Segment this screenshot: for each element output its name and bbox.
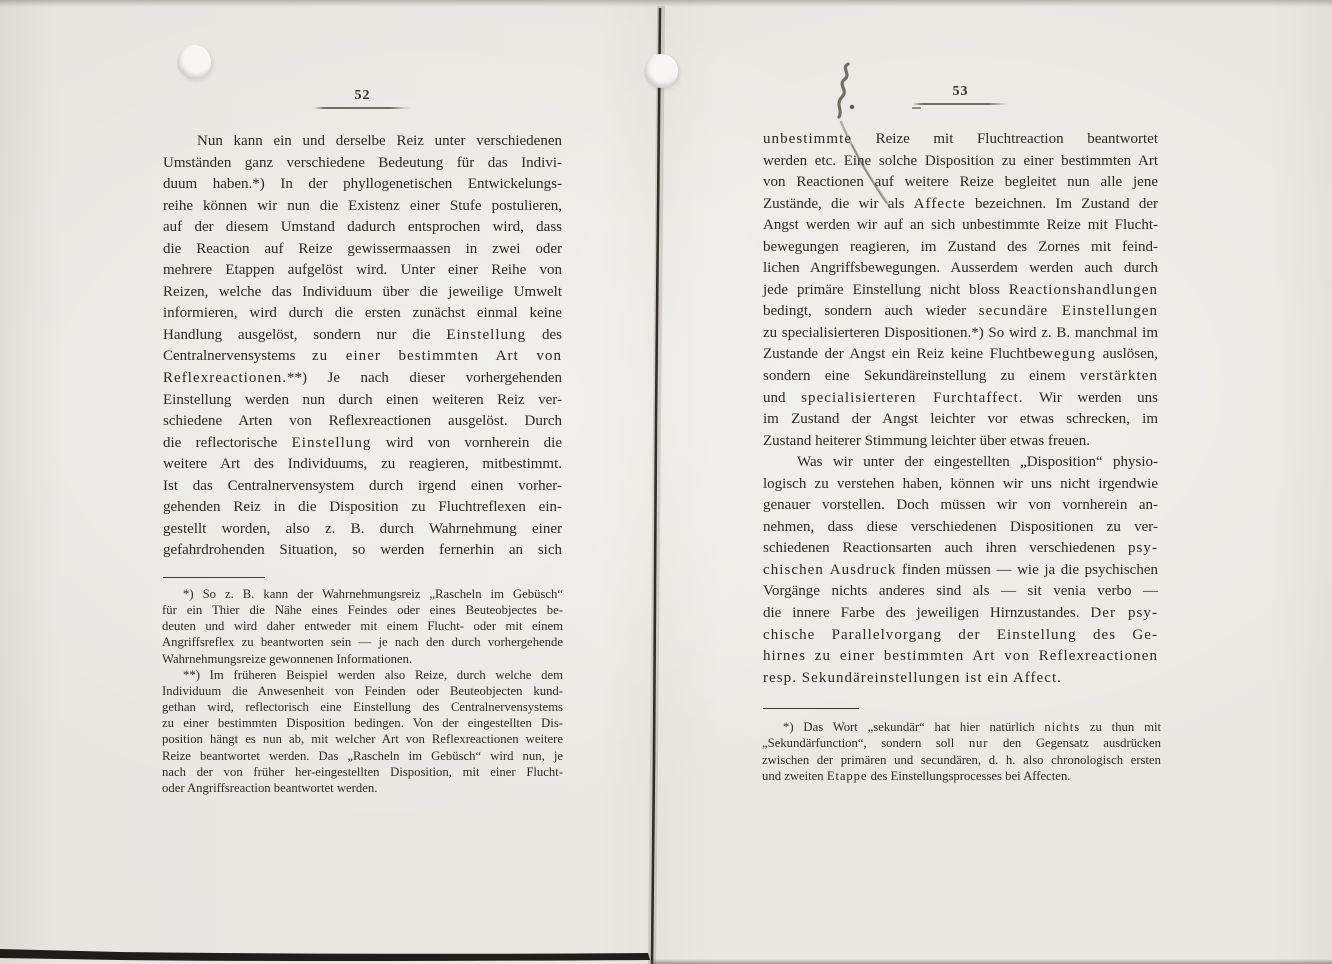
scan-bottom-bar	[0, 949, 650, 961]
punch-hole-center	[644, 54, 678, 88]
punch-hole-left	[177, 45, 211, 79]
scan-artifacts-overlay	[0, 0, 1332, 964]
scan-bottom-right-edge	[652, 959, 1332, 964]
ink-stain-dash	[912, 107, 921, 109]
ink-stain-streak	[841, 122, 890, 207]
book-scan: 52 Nun kann ein und derselbe Reiz unter …	[0, 0, 1332, 964]
ink-stain	[839, 64, 848, 117]
ink-stain-dot	[850, 105, 854, 109]
